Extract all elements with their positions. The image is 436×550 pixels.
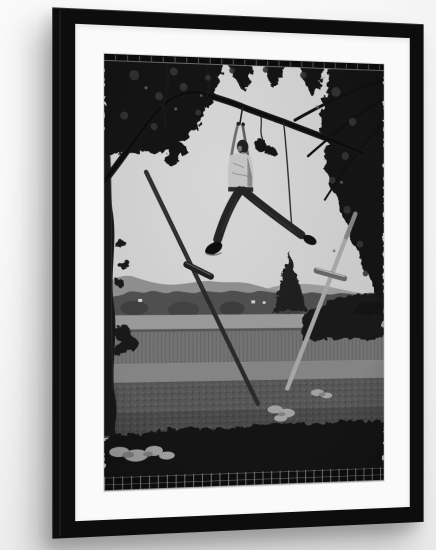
photo-vignette [104,54,384,492]
page-background: Framed black-and-white photograph [0,0,436,550]
photo-scene: Framed black-and-white photograph [104,54,384,492]
mat: Framed black-and-white photograph [75,24,410,521]
picture-frame: Framed black-and-white photograph [52,7,423,538]
photograph: Framed black-and-white photograph [104,54,384,492]
